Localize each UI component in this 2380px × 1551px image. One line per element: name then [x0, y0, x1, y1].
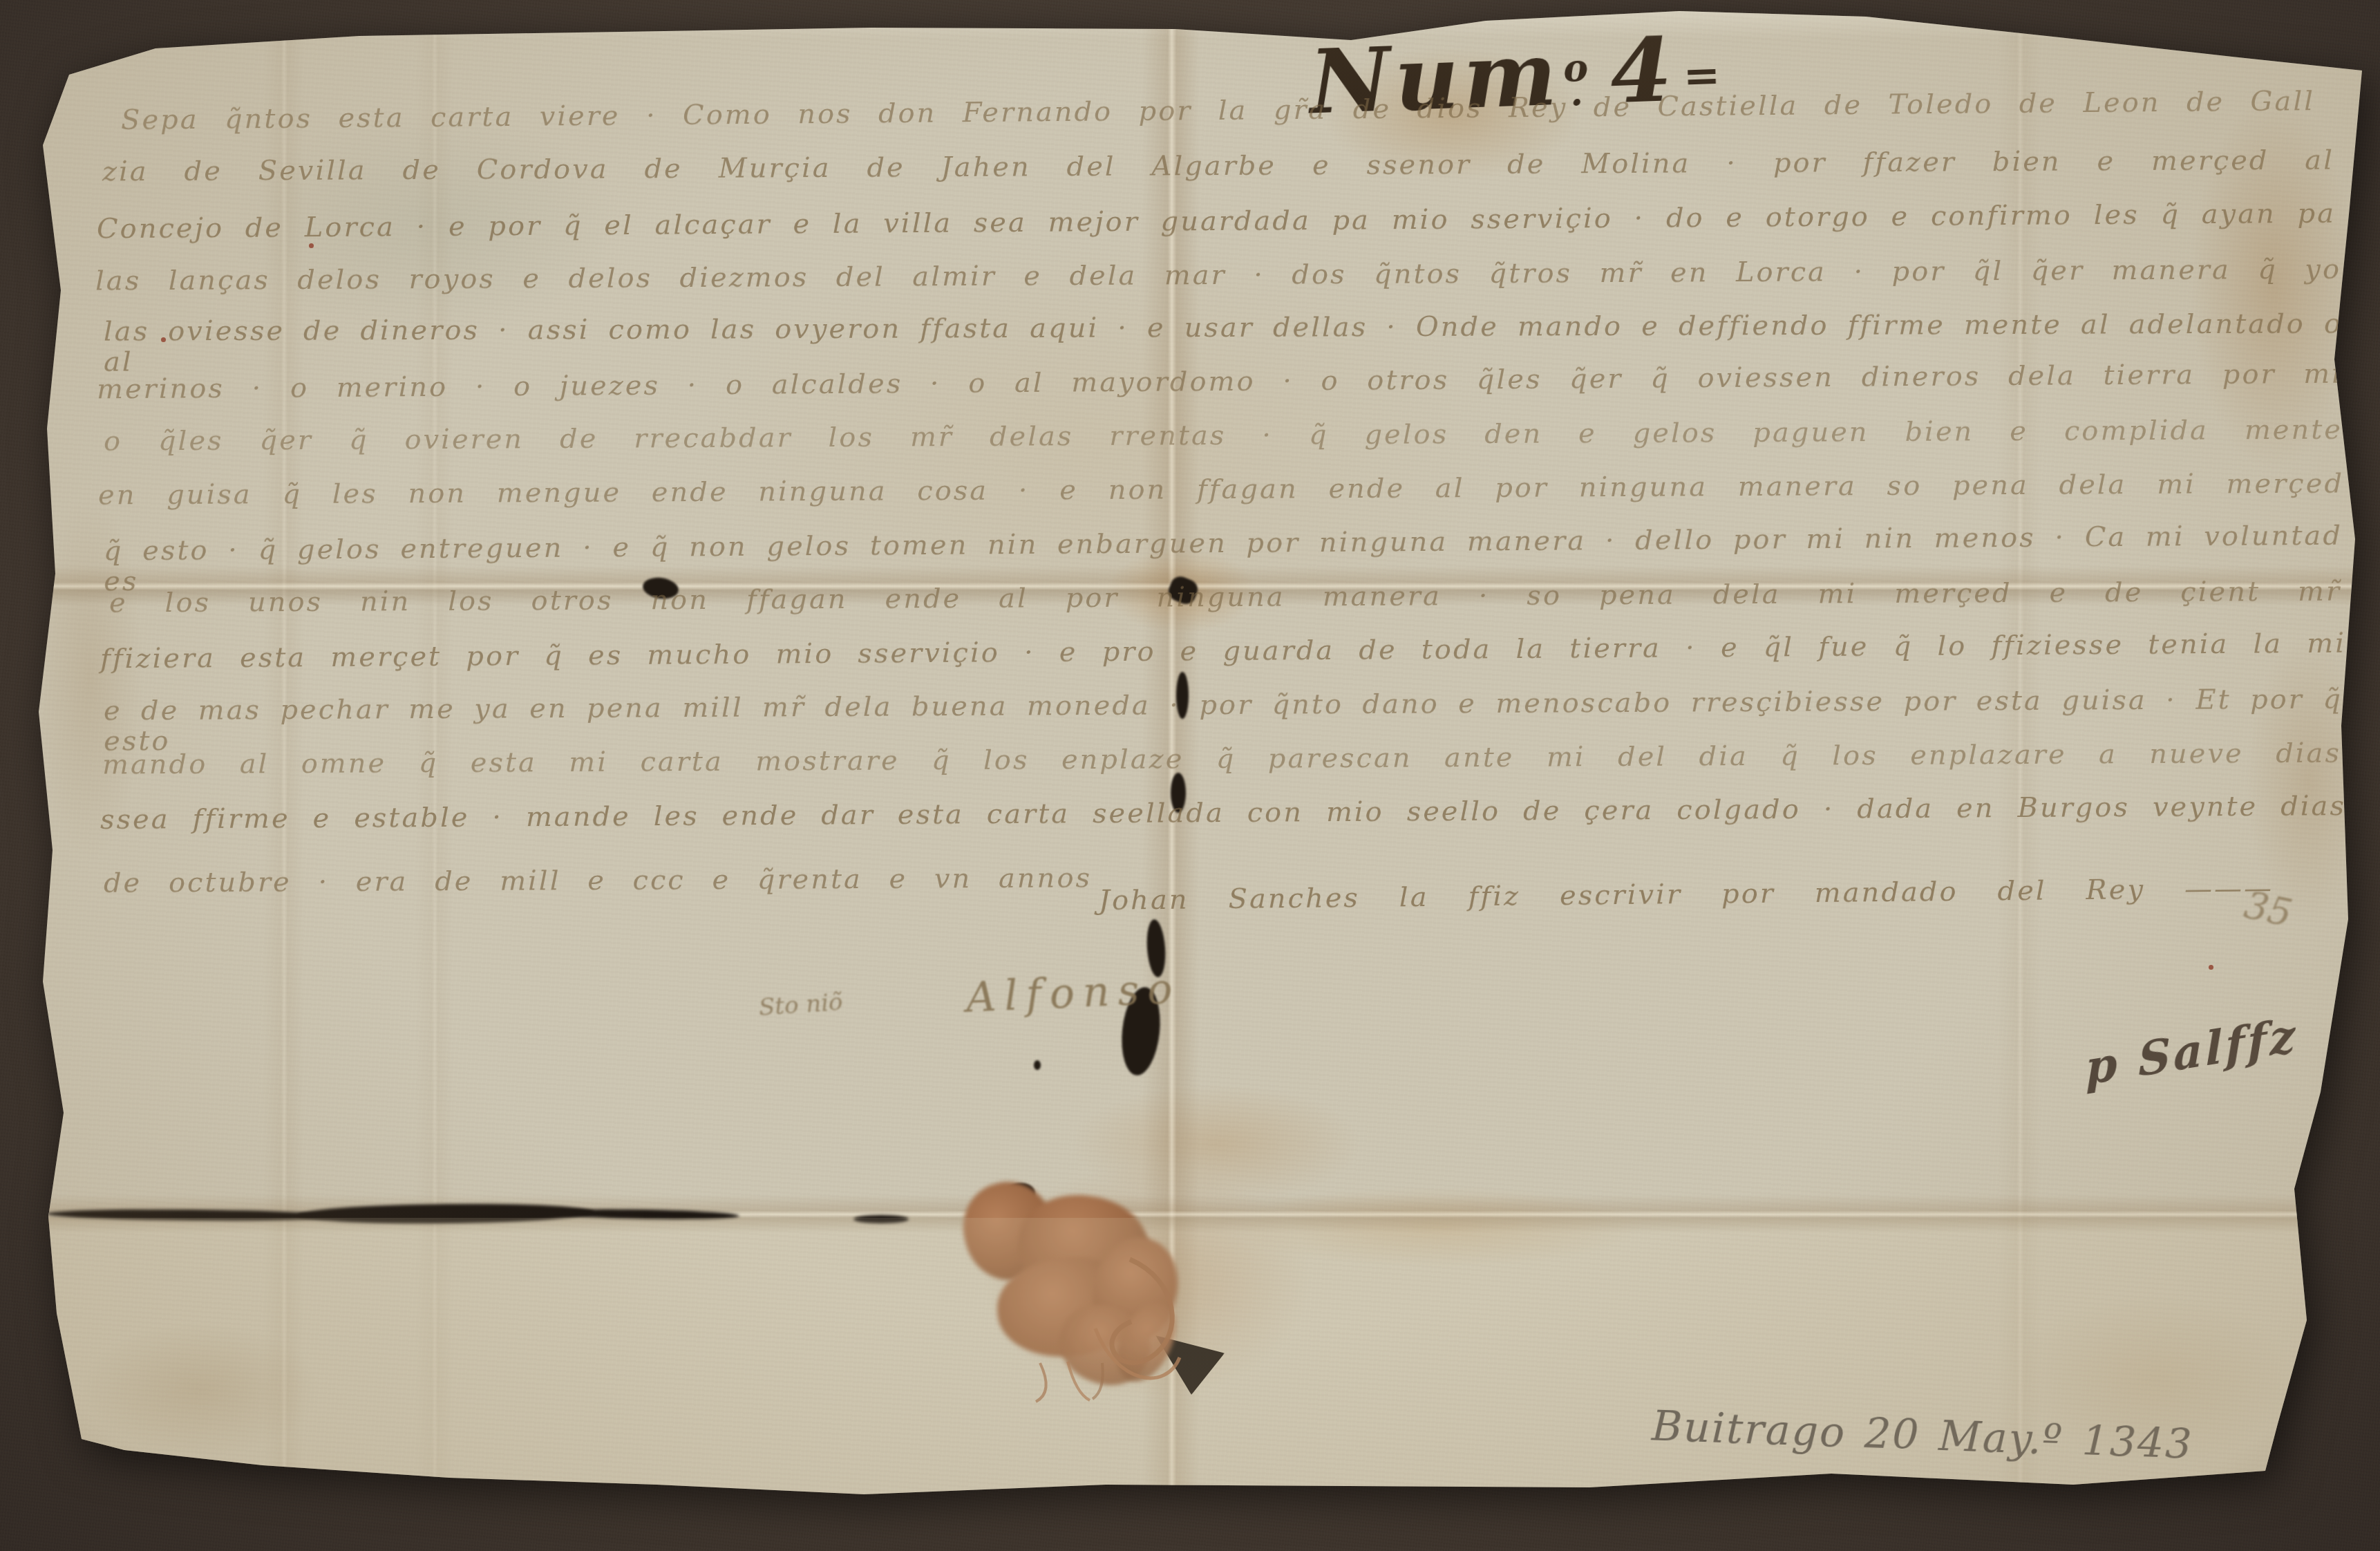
edge-shade-overlay: [0, 0, 2380, 1551]
parchment-wrap: Numo.4= Sepa q̃ntos esta carta viere · C…: [0, 0, 2380, 1551]
parchment: Numo.4= Sepa q̃ntos esta carta viere · C…: [0, 0, 2380, 1551]
photo-backdrop: Numo.4= Sepa q̃ntos esta carta viere · C…: [0, 0, 2380, 1551]
